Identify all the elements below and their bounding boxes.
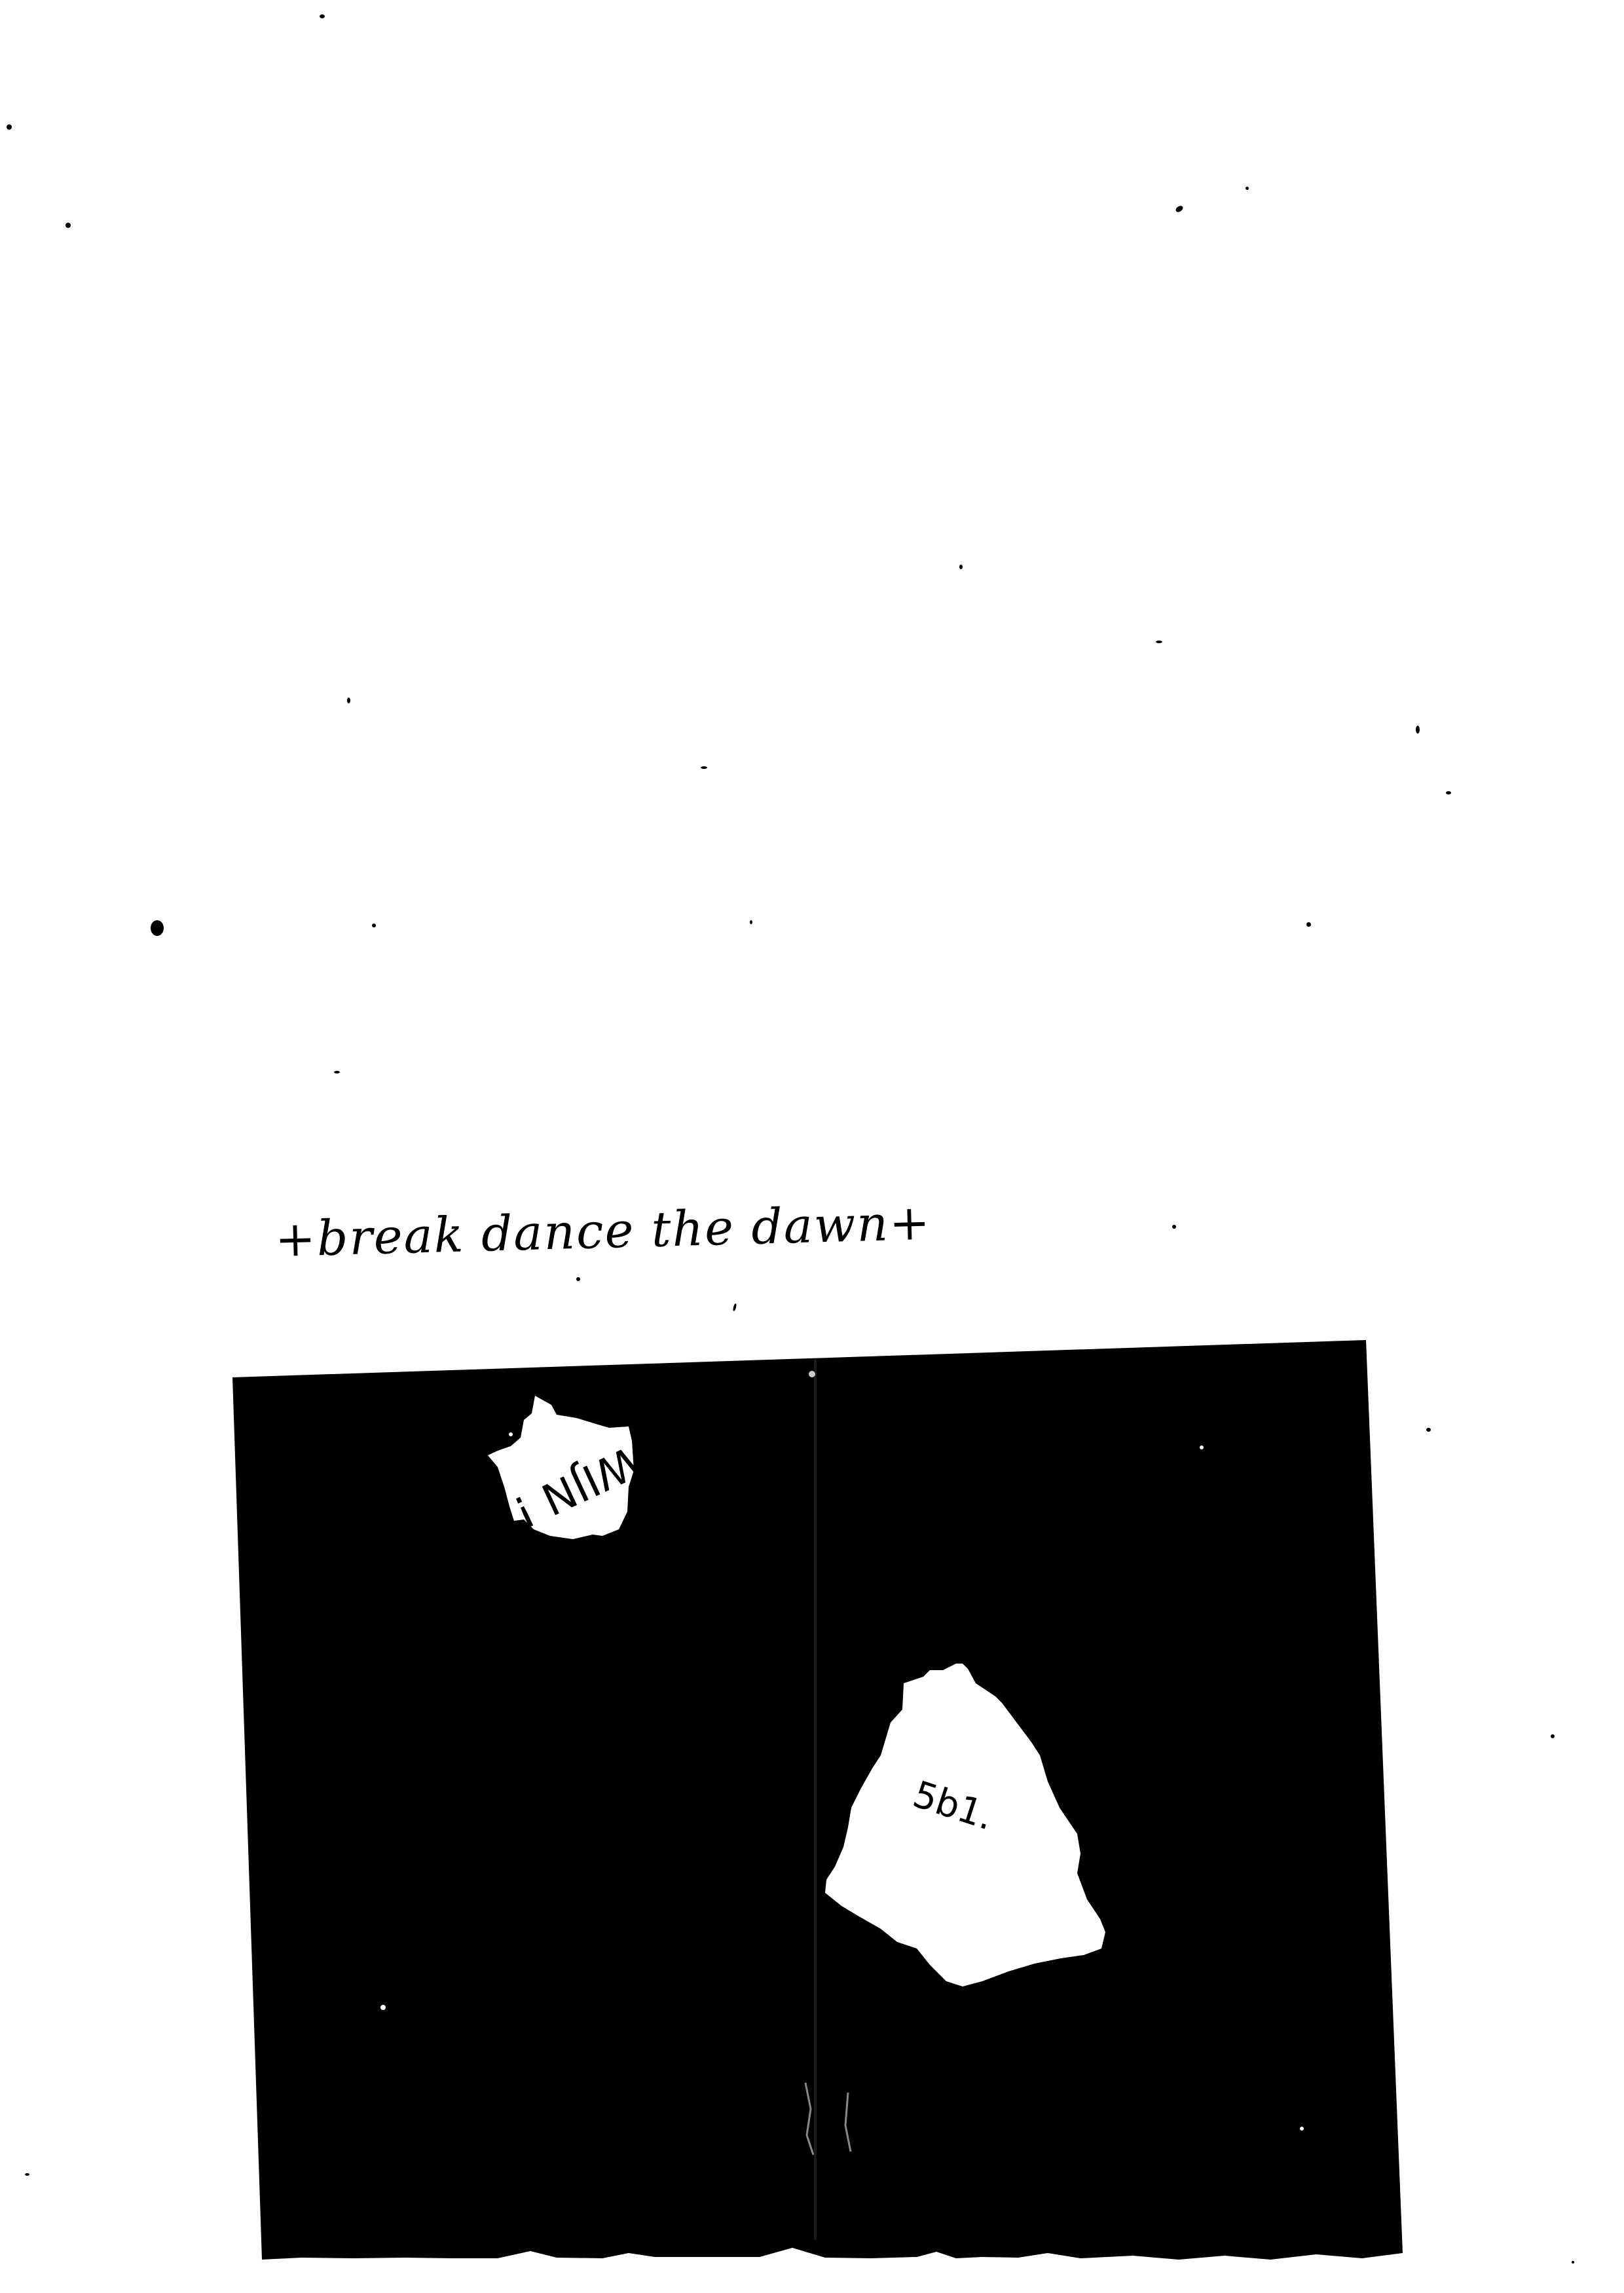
black-panel: [232, 1340, 1403, 2260]
scanned-page: +break dance the dawn+ WIJN ! 5b1.: [0, 0, 1624, 2293]
photo-panel: WIJN ! 5b1.: [0, 0, 1624, 2293]
